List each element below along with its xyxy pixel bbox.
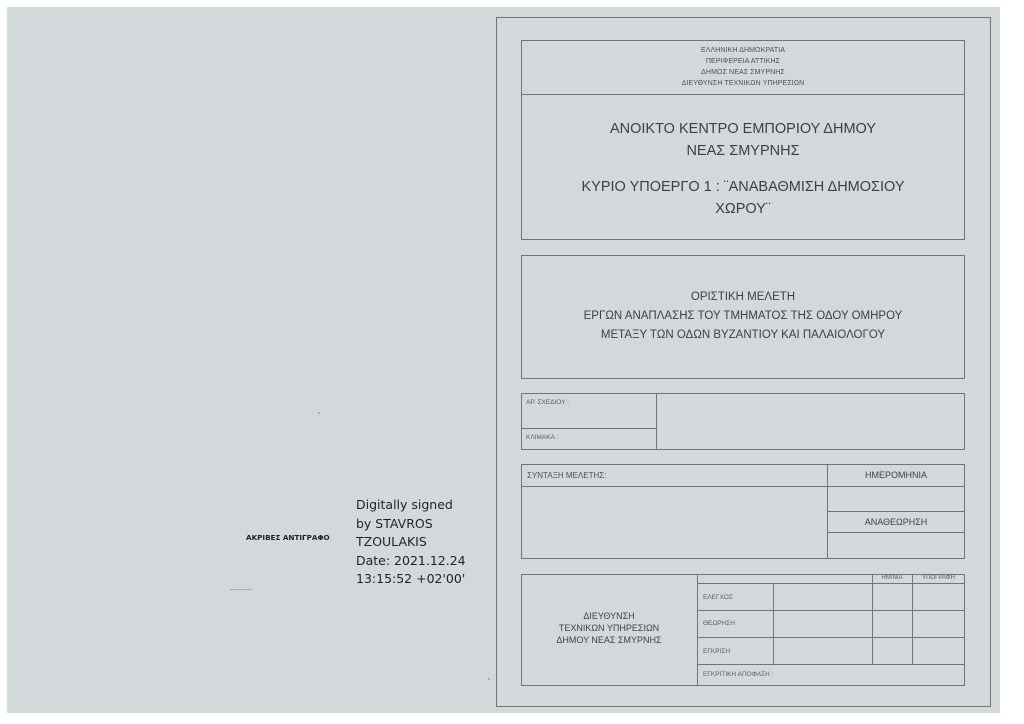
divider bbox=[827, 532, 965, 533]
header-line: ΔΙΕΥΘΥΝΣΗ ΤΕΧΝΙΚΩΝ ΥΠΗΡΕΣΙΩΝ bbox=[521, 78, 965, 89]
divider bbox=[521, 94, 965, 95]
scan-artifact bbox=[318, 412, 320, 414]
divider bbox=[697, 664, 965, 665]
compiled-by-label: ΣΥΝΤΑΞΗ ΜΕΛΕΤΗΣ: bbox=[527, 471, 606, 480]
divider bbox=[827, 511, 965, 512]
drawing-info-block bbox=[521, 393, 965, 450]
signature-line: by STAVROS bbox=[356, 515, 466, 534]
subproject-line: ΧΩΡΟΥ¨ bbox=[521, 198, 965, 220]
divider bbox=[912, 574, 913, 664]
col-signature-header: ΥΠΟΓΡΑΦΗ bbox=[912, 575, 965, 581]
col-date-header: ΗΜ/ΝΙΑ bbox=[872, 575, 912, 581]
authority-header: ΕΛΛΗΝΙΚΗ ΔΗΜΟΚΡΑΤΙΑ ΠΕΡΙΦΕΡΕΙΑ ΑΤΤΙΚΗΣ Δ… bbox=[521, 45, 965, 89]
signature-time: 13:15:52 +02'00' bbox=[356, 570, 466, 589]
approval-decision-label: ΕΓΚΡΙΤΙΚΗ ΑΠΟΦΑΣΗ : bbox=[703, 671, 773, 678]
row-check-label: ΕΛΕΓΧΟΣ bbox=[703, 594, 733, 601]
divider bbox=[521, 428, 656, 429]
department-line: ΔΙΕΥΘΥΝΣΗ bbox=[521, 610, 697, 622]
scale-label: ΚΛΙΜΑΚΑ : bbox=[526, 434, 558, 441]
header-line: ΔΗΜΟΣ ΝΕΑΣ ΣΜΥΡΝΗΣ bbox=[521, 67, 965, 78]
signature-date: Date: 2021.12.24 bbox=[356, 552, 466, 571]
header-line: ΠΕΡΙΦΕΡΕΙΑ ΑΤΤΙΚΗΣ bbox=[521, 56, 965, 67]
divider bbox=[697, 574, 698, 686]
divider bbox=[697, 637, 965, 638]
drawing-number-label: ΑΡ. ΣΧΕΔΙΟΥ : bbox=[526, 399, 569, 406]
study-line: ΜΕΤΑΞΥ ΤΩΝ ΟΔΩΝ ΒΥΖΑΝΤΙΟΥ ΚΑΙ ΠΑΛΑΙΟΛΟΓΟ… bbox=[521, 326, 965, 345]
signature-line: TZOULAKIS bbox=[356, 533, 466, 552]
divider bbox=[656, 393, 657, 450]
department-line: ΔΗΜΟΥ ΝΕΑΣ ΣΜΥΡΝΗΣ bbox=[521, 634, 697, 646]
divider bbox=[773, 583, 774, 664]
scan-artifact bbox=[488, 678, 490, 680]
digital-signature: Digitally signed by STAVROS TZOULAKIS Da… bbox=[356, 496, 466, 589]
study-description: ΟΡΙΣΤΙΚΗ ΜΕΛΕΤΗ ΕΡΓΩΝ ΑΝΑΠΛΑΣΗΣ ΤΟΥ ΤΜΗΜ… bbox=[521, 288, 965, 345]
row-endorsement-label: ΘΕΩΡΗΣΗ bbox=[703, 620, 735, 627]
divider bbox=[521, 486, 965, 487]
revision-label: ΑΝΑΘΕΩΡΗΣΗ bbox=[827, 517, 965, 527]
subproject-title: ΚΥΡΙΟ ΥΠΟΕΡΓΟ 1 : ¨ΑΝΑΒΑΘΜΙΣΗ ΔΗΜΟΣΙΟΥ Χ… bbox=[521, 176, 965, 220]
department-line: ΤΕΧΝΙΚΩΝ ΥΠΗΡΕΣΙΩΝ bbox=[521, 622, 697, 634]
department-name: ΔΙΕΥΘΥΝΣΗ ΤΕΧΝΙΚΩΝ ΥΠΗΡΕΣΙΩΝ ΔΗΜΟΥ ΝΕΑΣ … bbox=[521, 610, 697, 646]
divider bbox=[697, 610, 965, 611]
header-line: ΕΛΛΗΝΙΚΗ ΔΗΜΟΚΡΑΤΙΑ bbox=[521, 45, 965, 56]
date-label: ΗΜΕΡΟΜΗΝΙΑ bbox=[827, 470, 965, 480]
row-approval-label: ΕΓΚΡΙΣΗ bbox=[703, 648, 730, 655]
scan-artifact bbox=[230, 589, 252, 590]
project-title-line: ΝΕΑΣ ΣΜΥΡΝΗΣ bbox=[521, 140, 965, 162]
study-line: ΕΡΓΩΝ ΑΝΑΠΛΑΣΗΣ ΤΟΥ ΤΜΗΜΑΤΟΣ ΤΗΣ ΟΔΟΥ ΟΜ… bbox=[521, 307, 965, 326]
subproject-line: ΚΥΡΙΟ ΥΠΟΕΡΓΟ 1 : ¨ΑΝΑΒΑΘΜΙΣΗ ΔΗΜΟΣΙΟΥ bbox=[521, 176, 965, 198]
divider bbox=[872, 574, 873, 664]
divider bbox=[697, 583, 965, 584]
project-title-line: ΑΝΟΙΚΤΟ ΚΕΝΤΡΟ ΕΜΠΟΡΙΟΥ ΔΗΜΟΥ bbox=[521, 118, 965, 140]
signature-line: Digitally signed bbox=[356, 496, 466, 515]
certified-copy-stamp: ΑΚΡΙΒΕΣ ΑΝΤΙΓΡΑΦΟ bbox=[246, 533, 330, 542]
project-title: ΑΝΟΙΚΤΟ ΚΕΝΤΡΟ ΕΜΠΟΡΙΟΥ ΔΗΜΟΥ ΝΕΑΣ ΣΜΥΡΝ… bbox=[521, 118, 965, 162]
study-line: ΟΡΙΣΤΙΚΗ ΜΕΛΕΤΗ bbox=[521, 288, 965, 307]
